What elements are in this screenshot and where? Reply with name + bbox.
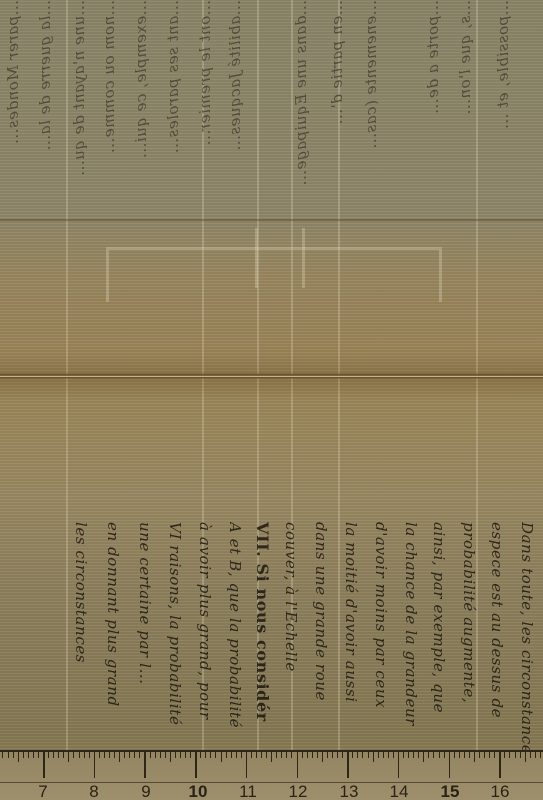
ruler-tick — [94, 752, 96, 778]
ruler-tick — [403, 752, 404, 758]
handwritten-line: probabilité augmente, — [450, 522, 478, 750]
handwritten-line: Dans toute, les circonstances — [508, 522, 536, 750]
ruler-tick — [251, 752, 252, 758]
bleed-through-line: ...exemple, ce qui... — [132, 0, 158, 220]
ruler-tick — [312, 752, 313, 758]
handwritten-line: ainsi, par exemple, que — [420, 522, 448, 750]
ruler-tick — [231, 752, 232, 758]
ruler-tick — [469, 752, 470, 758]
bleed-through-line: ...nom ou comme... — [100, 0, 126, 220]
ruler-label: 10 — [183, 782, 213, 800]
bleed-through-line: ...enemente (cas... — [362, 0, 388, 220]
ruler-tick — [525, 752, 526, 762]
ruler-tick — [535, 752, 536, 758]
bleed-through-line: ...porte a de... — [424, 0, 450, 220]
ruler-tick — [63, 752, 64, 758]
watermark-stem — [255, 228, 305, 288]
ruler-tick — [520, 752, 521, 758]
ruler-tick — [43, 752, 45, 778]
ruler-tick — [408, 752, 409, 758]
ruler-tick — [479, 752, 480, 758]
ruler-tick — [454, 752, 455, 758]
ruler-tick — [160, 752, 161, 758]
ruler-tick — [398, 752, 400, 778]
ruler-tick — [114, 752, 115, 758]
ruler-tick — [388, 752, 389, 758]
handwritten-line: la moitié d'avoir aussi — [332, 522, 360, 750]
section-heading: VII. Si nous considér — [244, 522, 272, 750]
handwritten-line: d'avoir moins par ceux — [362, 522, 390, 750]
ruler-tick — [302, 752, 303, 758]
handwritten-line: une certaine par l... — [126, 522, 154, 750]
ruler-tick — [352, 752, 353, 758]
ruler-tick — [210, 752, 211, 758]
ruler-tick — [322, 752, 323, 762]
ruler-tick — [200, 752, 201, 758]
ruler-tick — [281, 752, 282, 758]
manuscript-page: ...parer Mondes... ...la guerre de la...… — [0, 0, 543, 800]
ruler-tick — [276, 752, 277, 758]
ruler-tick — [53, 752, 54, 758]
ruler-tick — [540, 752, 541, 758]
ruler-tick — [373, 752, 374, 762]
ruler-tick — [271, 752, 272, 762]
handwritten-line: la chance de la grandeur — [392, 522, 420, 750]
ruler-tick — [13, 752, 14, 758]
bleed-through-line: ...abilité Jacques... — [226, 0, 252, 220]
ruler-tick — [236, 752, 237, 758]
ruler-tick — [48, 752, 49, 758]
ruler-tick — [18, 752, 19, 762]
bleed-through-line: ...dans une Equipage... — [292, 0, 318, 220]
handwritten-line: couver, à l'Echelle — [272, 522, 300, 750]
handwritten-line: à avoir plus grand, pour — [186, 522, 214, 750]
ruler-tick — [297, 752, 299, 778]
ruler-tick — [459, 752, 460, 758]
bleed-through-line: ...en partie d'... — [328, 0, 354, 220]
ruler-tick — [68, 752, 69, 762]
ruler-tick — [332, 752, 333, 758]
ruler-label: 14 — [384, 782, 414, 800]
ruler-tick — [246, 752, 248, 778]
ruler-tick — [393, 752, 394, 758]
ruler-tick — [368, 752, 369, 758]
ruler-tick — [38, 752, 39, 758]
ruler-tick — [327, 752, 328, 758]
ruler-tick — [104, 752, 105, 758]
ruler-tick — [139, 752, 140, 758]
ruler-tick — [165, 752, 166, 758]
ruler-tick — [109, 752, 110, 758]
ruler-tick — [185, 752, 186, 758]
ruler-tick — [221, 752, 222, 762]
ruler-tick — [170, 752, 171, 762]
ruler-tick — [423, 752, 424, 762]
ruler-label: 12 — [283, 782, 313, 800]
ruler-tick — [515, 752, 516, 758]
ruler-tick — [2, 752, 3, 758]
ruler-tick — [484, 752, 485, 758]
ruler-label: 8 — [79, 782, 109, 800]
ruler-tick — [317, 752, 318, 758]
ruler-tick — [119, 752, 120, 762]
ruler-tick — [124, 752, 125, 758]
ruler-tick — [195, 752, 197, 778]
ruler-tick — [444, 752, 445, 758]
ruler-tick — [499, 752, 501, 778]
bleed-through-line: ...la guerre de la... — [36, 0, 62, 220]
ruler-tick — [175, 752, 176, 758]
ruler-tick — [73, 752, 74, 758]
ruler-tick — [439, 752, 440, 758]
ruler-tick — [530, 752, 531, 758]
handwritten-line: les circonstances — [62, 522, 90, 750]
ruler-tick — [489, 752, 490, 758]
handwritten-line: A et B, que la probabilité — [216, 522, 244, 750]
ruler-tick — [342, 752, 343, 758]
ruler-tick — [129, 752, 130, 758]
bleed-through-line: ...une n'ayant de qu... — [70, 0, 96, 220]
ruler-tick — [362, 752, 363, 758]
handwritten-line: dans une grande roue — [302, 522, 330, 750]
bleed-through-line: ...possible, et ... — [494, 0, 520, 220]
ruler-tick — [155, 752, 156, 758]
ruler-tick — [509, 752, 510, 758]
ruler-tick — [504, 752, 505, 758]
ruler-tick — [413, 752, 414, 758]
ruler-tick — [464, 752, 465, 758]
handwritten-line: VI raisons, la probabilité — [156, 522, 184, 750]
bleed-through-line: ...s, que l'on... — [456, 0, 482, 220]
ruler-tick — [291, 752, 292, 758]
ruler-tick — [433, 752, 434, 758]
ruler-tick — [357, 752, 358, 758]
ruler-tick — [337, 752, 338, 758]
ruler-tick — [226, 752, 227, 758]
bleed-through-line: ...parer Mondes... — [4, 0, 30, 220]
ruler-label: 7 — [28, 782, 58, 800]
ruler-tick — [134, 752, 135, 758]
ruler-tick — [418, 752, 419, 758]
ruler-tick — [150, 752, 151, 758]
ruler-tick — [23, 752, 24, 758]
ruler-tick — [261, 752, 262, 758]
bleed-through-line: ...ont le premier... — [196, 0, 222, 220]
ruler-tick — [215, 752, 216, 758]
ruler-label: 11 — [233, 782, 263, 800]
ruler-tick — [428, 752, 429, 758]
ruler-tick — [378, 752, 379, 758]
ruler-tick — [205, 752, 206, 758]
ruler-tick — [347, 752, 349, 778]
ruler-tick — [307, 752, 308, 758]
ruler-tick — [8, 752, 9, 758]
ruler-label: 15 — [435, 782, 465, 800]
handwritten-line: espece est au dessus de — [478, 522, 506, 750]
handwritten-line: en donnant plus grand — [94, 522, 122, 750]
ruler-tick — [28, 752, 29, 758]
ruler-label: 9 — [131, 782, 161, 800]
ruler-tick — [144, 752, 146, 778]
ruler-tick — [58, 752, 59, 758]
ruler-tick — [180, 752, 181, 758]
ruler-tick — [89, 752, 90, 758]
ruler-tick — [33, 752, 34, 758]
ruler-tick — [474, 752, 475, 762]
ruler-tick — [449, 752, 451, 778]
ruler-tick — [286, 752, 287, 758]
ruler-tick — [79, 752, 80, 758]
ruler-tick — [266, 752, 267, 758]
ruler-tick — [190, 752, 191, 758]
ruler-label: 13 — [334, 782, 364, 800]
ruler-tick — [383, 752, 384, 758]
paper-fold-crease — [0, 373, 543, 379]
bleed-through-line: ...ant ses paroles... — [164, 0, 190, 220]
ruler-tick — [241, 752, 242, 758]
ruler-tick — [256, 752, 257, 758]
ruler-tick — [494, 752, 495, 758]
ruler-label: 16 — [485, 782, 515, 800]
ruler-tick — [84, 752, 85, 758]
measurement-ruler: 7 8 9 10 11 12 13 14 15 16 — [0, 750, 543, 800]
ruler-tick — [99, 752, 100, 758]
